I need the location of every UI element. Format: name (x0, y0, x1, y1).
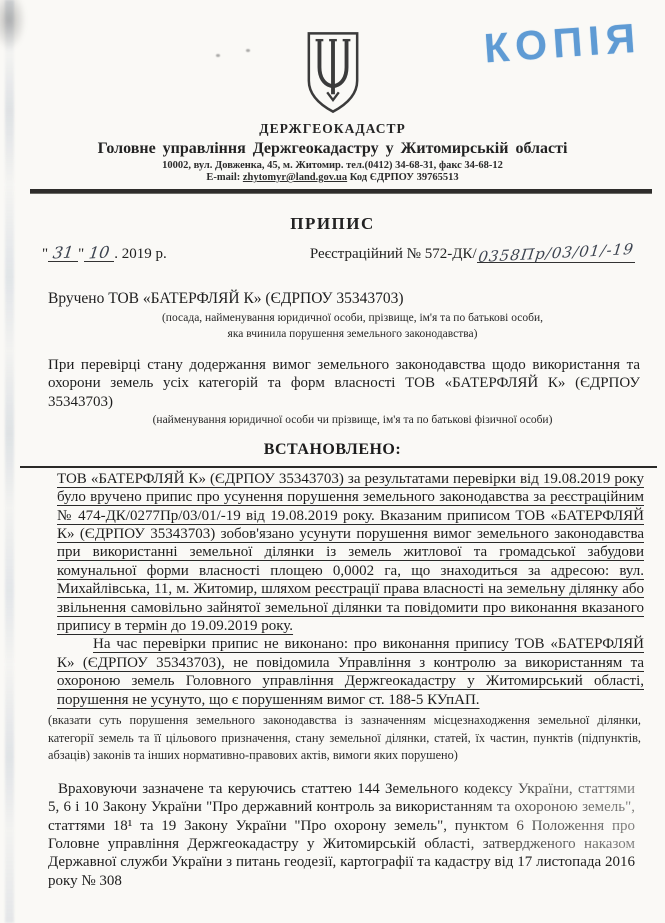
org-address: 10002, вул. Довженка, 45, м. Житомир. те… (0, 160, 665, 171)
edrpou-code: Код ЄДРПОУ 39765513 (347, 172, 458, 183)
registration-label: Реєстраційний № 572-ДК/ (310, 246, 477, 262)
date-registration-row: "31"10. 2019 р. Реєстраційний № 572-ДК/0… (42, 244, 635, 263)
served-footnote-line1: (посада, найменування юридичної особи, п… (80, 312, 625, 326)
document-date: "31"10. 2019 р. (42, 246, 167, 263)
legal-basis-paragraph: Враховуючи зазначене та керуючись статте… (48, 780, 635, 890)
email-label: E-mail: (206, 172, 242, 183)
violation-paragraph-1: ТОВ «БАТЕРФЛЯЙ К» (ЄДРПОУ 35343703) за р… (57, 470, 644, 636)
org-name: ДЕРЖГЕОКАДАСТР (0, 121, 665, 137)
violation-footnote: (вказати суть порушення земельного закон… (48, 712, 641, 765)
served-footnote-line2: яка вчинила порушення земельного законод… (80, 328, 625, 342)
email-address: zhytomyr@land.gov.ua (243, 172, 347, 183)
year-suffix: . 2019 р. (114, 246, 167, 262)
scan-artifact-dot (246, 49, 250, 52)
served-to-line: Вручено ТОВ «БАТЕРФЛЯЙ К» (ЄДРПОУ 353437… (48, 290, 640, 308)
registration-number: Реєстраційний № 572-ДК/0358Пр/03/01/-19 (310, 244, 635, 263)
inspection-intro-paragraph: При перевірці стану додержання вимог зем… (48, 356, 640, 411)
violation-paragraph-2: На час перевірки припис не виконано: про… (57, 635, 644, 709)
document-title: ПРИПИС (0, 214, 665, 234)
intro-footnote: (найменування юридичної особи чи прізвищ… (80, 414, 625, 428)
org-contacts: E-mail: zhytomyr@land.gov.ua Код ЄДРПОУ … (0, 172, 665, 183)
scan-artifact-dot (216, 54, 220, 57)
scanned-document-page: КОПІЯ ДЕРЖГЕОКАДАСТР Головне управління … (0, 0, 665, 923)
established-heading: ВСТАНОВЛЕНО: (0, 441, 665, 459)
handwritten-registration-number: 0358Пр/03/01/-19 (477, 246, 635, 263)
header-divider (30, 189, 652, 194)
trident-emblem-icon (304, 30, 362, 116)
section-divider (20, 466, 657, 468)
org-department: Головне управління Держгеокадастру у Жит… (0, 140, 665, 158)
handwritten-day: 31 (48, 246, 78, 262)
handwritten-month: 10 (84, 246, 114, 262)
